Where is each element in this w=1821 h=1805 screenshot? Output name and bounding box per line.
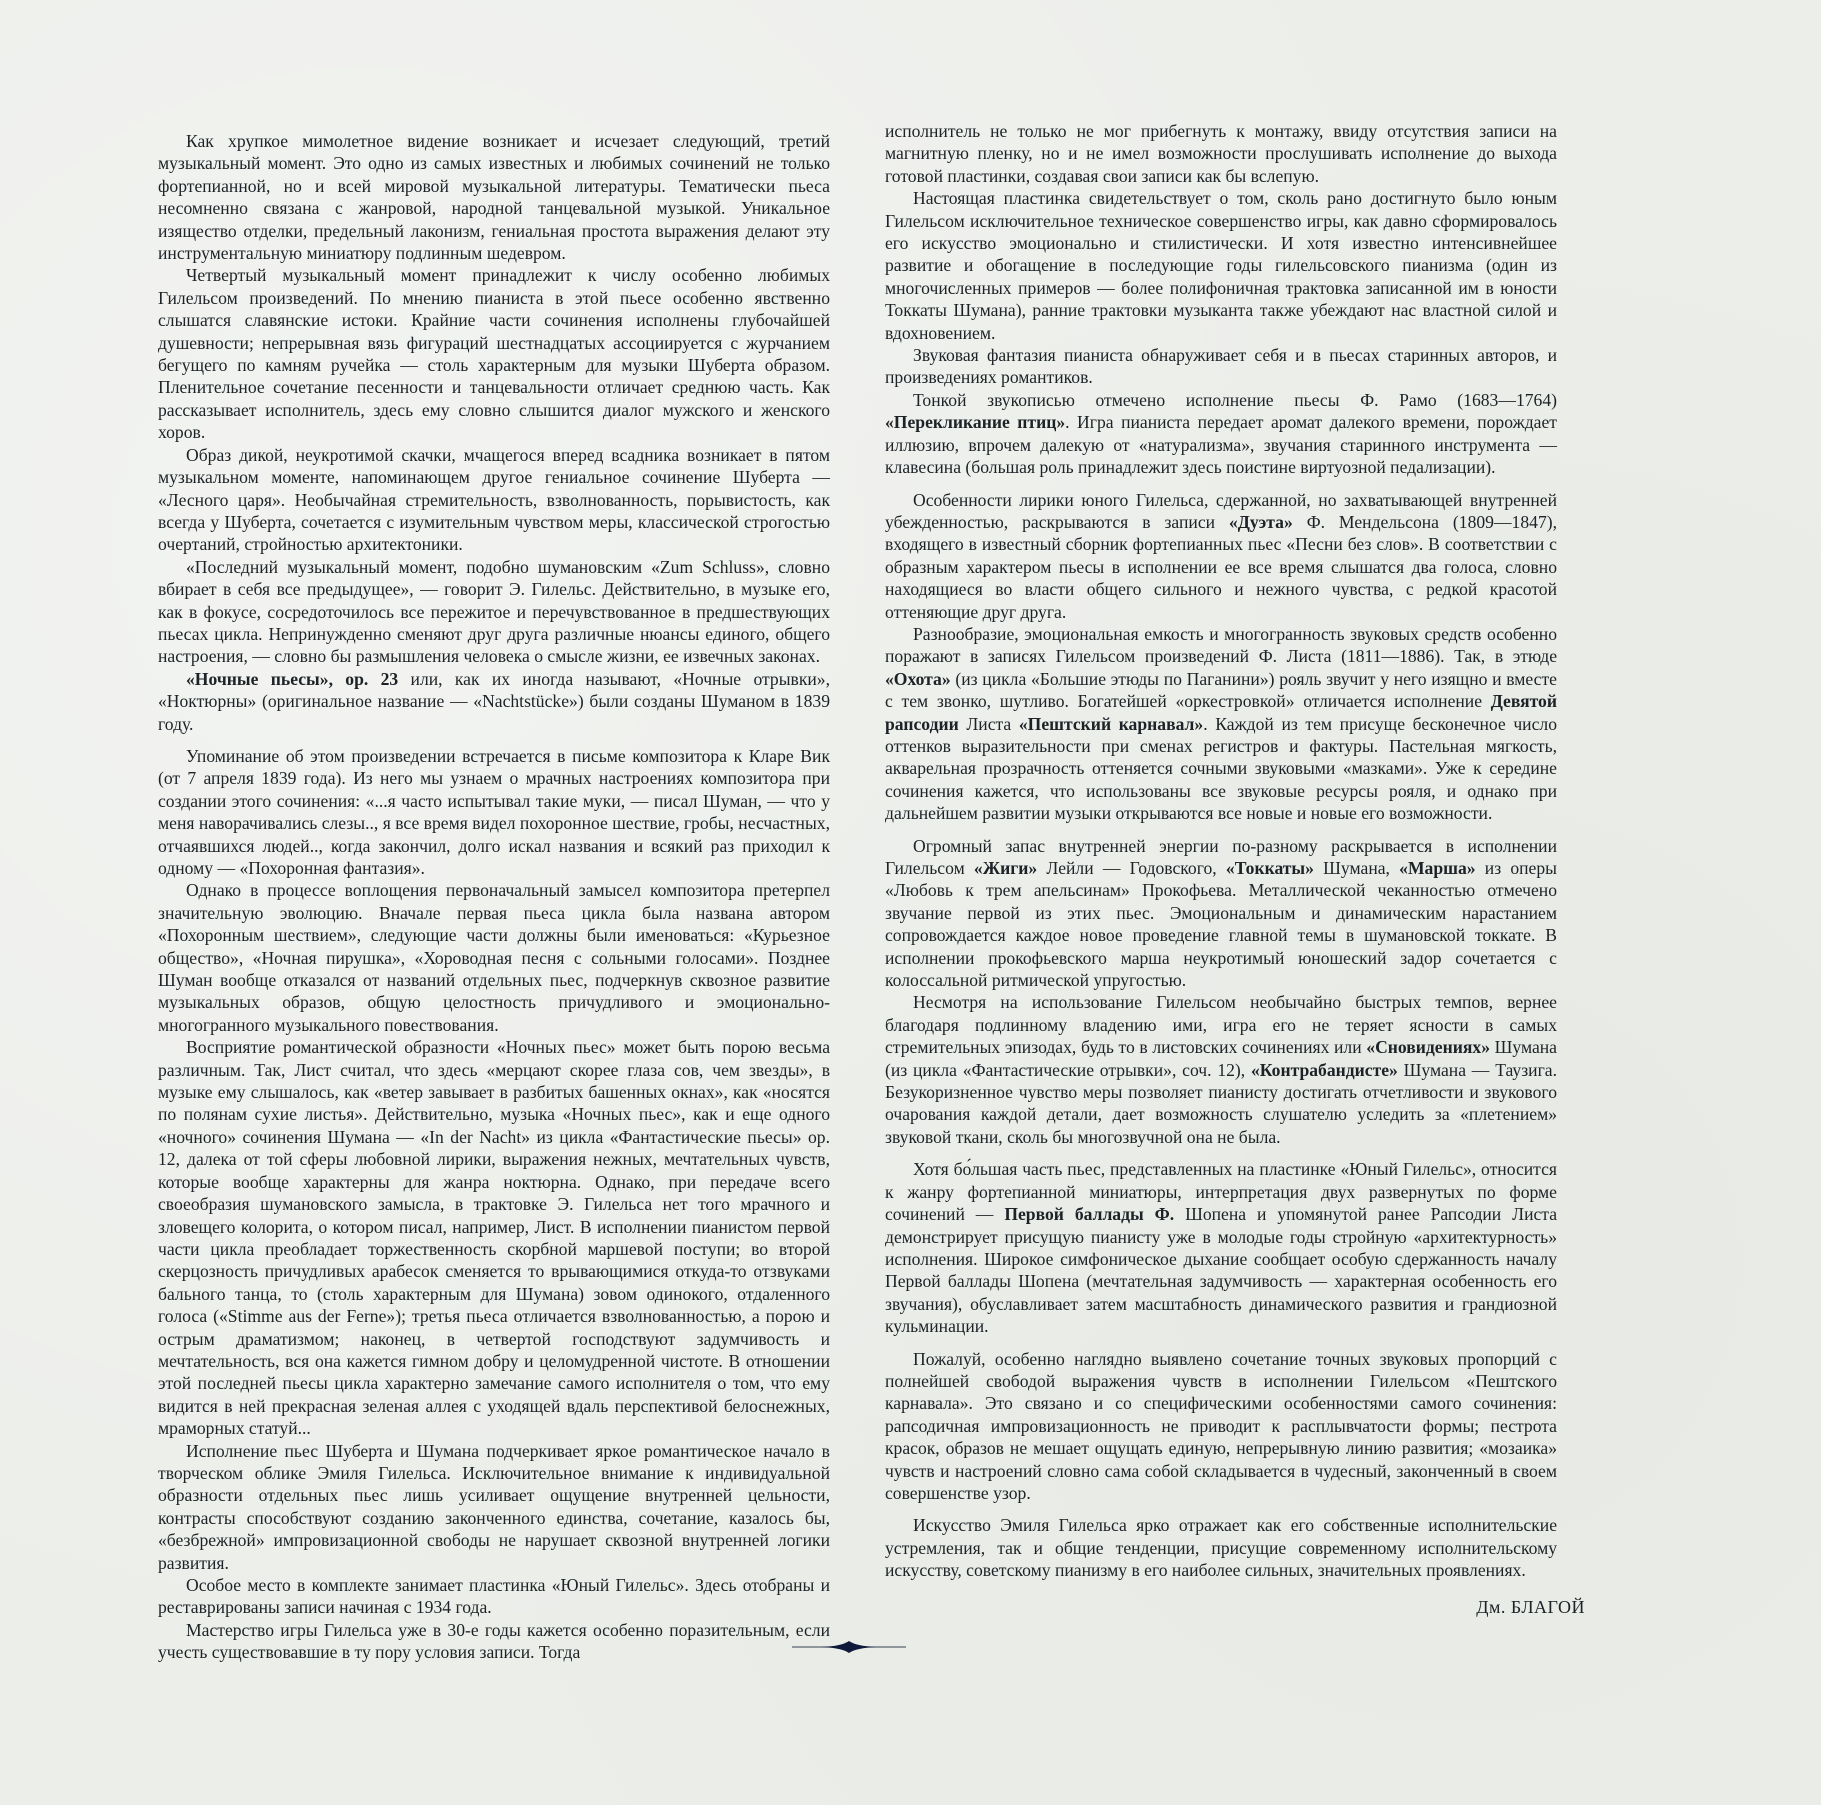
body-text: исполнитель не только не мог прибегнуть …: [885, 121, 1557, 186]
paragraph: «Последний музыкальный момент, подобно ш…: [158, 556, 830, 668]
body-text: Искусство Эмиля Гилельса ярко отражает к…: [885, 1515, 1557, 1580]
paragraph: Особенности лирики юного Гилельса, сдерж…: [885, 489, 1557, 623]
body-text: Настоящая пластинка свидетельствует о то…: [885, 188, 1557, 342]
body-text: Звуковая фантазия пианиста обнаруживает …: [885, 345, 1557, 387]
paragraph: «Ночные пьесы», ор. 23 или, как их иногд…: [158, 668, 830, 735]
body-text: Четвертый музыкальный момент принадлежит…: [158, 265, 830, 442]
text-column-left: Как хрупкое мимолетное видение возникает…: [158, 130, 830, 1664]
paragraph: исполнитель не только не мог прибегнуть …: [885, 120, 1557, 187]
bold-title-text: Первой баллады Ф.: [1004, 1204, 1174, 1224]
body-text: Как хрупкое мимолетное видение возникает…: [158, 131, 830, 263]
bold-title-text: «Дуэта»: [1229, 512, 1293, 532]
paragraph: Звуковая фантазия пианиста обнаруживает …: [885, 344, 1557, 389]
paragraph: Разнообразие, эмоциональная емкость и мн…: [885, 623, 1557, 825]
bold-title-text: «Перекликание птиц»: [885, 412, 1065, 432]
paragraph: Хотя бо́льшая часть пьес, представленных…: [885, 1158, 1557, 1337]
body-text: Разнообразие, эмоциональная емкость и мн…: [885, 624, 1557, 666]
bold-title-text: «Жиги»: [974, 858, 1037, 878]
body-text: Однако в процессе воплощения первоначаль…: [158, 880, 830, 1034]
body-text: Особое место в комплекте занимает пласти…: [158, 1575, 830, 1617]
bold-title-text: «Марша»: [1399, 858, 1475, 878]
body-text: Образ дикой, неукротимой скачки, мчащего…: [158, 445, 830, 555]
author-signature: Дм. БЛАГОЙ: [1400, 1597, 1585, 1618]
paragraph: Особое место в комплекте занимает пласти…: [158, 1574, 830, 1619]
paragraph: Восприятие романтической образности «Ноч…: [158, 1036, 830, 1439]
body-text: Упоминание об этом произведении встречае…: [158, 746, 830, 878]
bold-title-text: «Ночные пьесы», ор. 23: [186, 669, 398, 689]
body-text: Тонкой звукописью отмечено исполнение пь…: [913, 390, 1557, 410]
text-column-right: исполнитель не только не мог прибегнуть …: [885, 120, 1557, 1582]
bold-title-text: «Контрабандисте»: [1251, 1060, 1398, 1080]
body-text: Исполнение пьес Шуберта и Шумана подчерк…: [158, 1441, 830, 1573]
bold-title-text: «Пештский карнавал»: [1019, 714, 1203, 734]
paragraph: Пожалуй, особенно наглядно выявлено соче…: [885, 1348, 1557, 1505]
bold-title-text: «Сновидениях»: [1366, 1037, 1490, 1057]
paragraph: Мастерство игры Гилельса уже в 30-е годы…: [158, 1619, 830, 1664]
paragraph: Искусство Эмиля Гилельса ярко отражает к…: [885, 1514, 1557, 1581]
body-text: Пожалуй, особенно наглядно выявлено соче…: [885, 1349, 1557, 1503]
diamond-rule-ornament-icon: [792, 1640, 906, 1654]
paragraph: Исполнение пьес Шуберта и Шумана подчерк…: [158, 1440, 830, 1574]
body-text: Листа: [959, 714, 1019, 734]
paragraph: Образ дикой, неукротимой скачки, мчащего…: [158, 444, 830, 556]
paragraph: Несмотря на использование Гилельсом необ…: [885, 991, 1557, 1148]
bold-title-text: «Охота»: [885, 669, 951, 689]
body-text: Восприятие романтической образности «Ноч…: [158, 1037, 830, 1438]
paragraph: Тонкой звукописью отмечено исполнение пь…: [885, 389, 1557, 479]
paragraph: Как хрупкое мимолетное видение возникает…: [158, 130, 830, 264]
body-text: Лейли — Годовского,: [1037, 858, 1226, 878]
paragraph: Огромный запас внутренней энергии по-раз…: [885, 835, 1557, 992]
paragraph: Упоминание об этом произведении встречае…: [158, 745, 830, 879]
body-text: Мастерство игры Гилельса уже в 30-е годы…: [158, 1620, 830, 1662]
paragraph: Настоящая пластинка свидетельствует о то…: [885, 187, 1557, 344]
body-text: Шумана,: [1314, 858, 1399, 878]
body-text: «Последний музыкальный момент, подобно ш…: [158, 557, 830, 667]
bold-title-text: «Токкаты»: [1226, 858, 1314, 878]
paragraph: Четвертый музыкальный момент принадлежит…: [158, 264, 830, 443]
body-text: (из цикла «Большие этюды по Паганини») р…: [885, 669, 1557, 711]
paragraph: Однако в процессе воплощения первоначаль…: [158, 879, 830, 1036]
